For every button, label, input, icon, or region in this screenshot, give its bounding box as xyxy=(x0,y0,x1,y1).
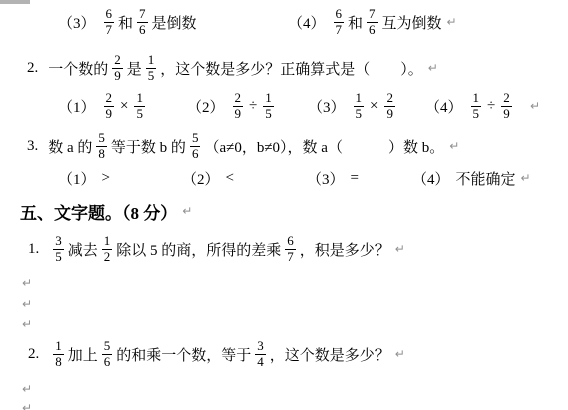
question-number: 2. xyxy=(28,346,39,363)
fraction-denominator: 9 xyxy=(384,106,395,122)
question-text: 是 xyxy=(127,58,142,79)
section-title: 五、文字题。（8 分） xyxy=(20,199,177,224)
paragraph-mark-icon: ↵ xyxy=(521,171,531,185)
option-label: （4） xyxy=(425,96,463,117)
q3-option-1: （1） > xyxy=(58,166,110,190)
question-3: 3. 数 a 的 5 8 等于数 b 的 5 6 （a≠0，b≠0），数 a（ … xyxy=(27,126,459,166)
fraction: 6 7 xyxy=(104,7,115,38)
question-text: 减去 xyxy=(68,239,98,260)
q2-options-row: （1） 2 9 × 1 5 （2） 2 9 ÷ 1 5 （3） xyxy=(0,86,568,126)
q2-option-3: （3） 1 5 × 2 9 xyxy=(308,86,399,126)
multiply-operator: × xyxy=(120,98,128,115)
paragraph-mark-icon: ↵ xyxy=(395,242,405,256)
question-number: 3. xyxy=(27,138,38,155)
fraction: 2 9 xyxy=(501,91,512,122)
option-label: （3） xyxy=(307,168,345,189)
fraction-numerator: 2 xyxy=(233,91,244,106)
paragraph-mark-icon: ↵ xyxy=(22,276,32,290)
fraction-numerator: 2 xyxy=(501,91,512,106)
fraction: 1 8 xyxy=(53,339,64,370)
fraction-denominator: 9 xyxy=(501,106,512,122)
fraction: 2 9 xyxy=(104,91,115,122)
fraction-denominator: 6 xyxy=(190,146,201,162)
option-value: 不能确定 xyxy=(456,168,516,189)
fraction-numerator: 3 xyxy=(53,234,64,249)
empty-paragraph: ↵ xyxy=(22,400,32,410)
question-text: 的和乘一个数，等于 xyxy=(116,344,251,365)
empty-paragraph: ↵ xyxy=(22,296,32,312)
paragraph-mark-icon: ↵ xyxy=(530,99,540,113)
question-text: 加上 xyxy=(68,344,98,365)
fraction: 1 5 xyxy=(146,53,157,84)
fraction-numerator: 5 xyxy=(96,131,107,146)
option-label: （1） xyxy=(58,168,96,189)
paragraph-mark-icon: ↵ xyxy=(428,61,438,75)
fraction-denominator: 5 xyxy=(146,68,157,84)
fraction-denominator: 5 xyxy=(134,106,145,122)
option-label: （3） xyxy=(308,96,346,117)
fraction-numerator: 1 xyxy=(471,91,482,106)
empty-paragraph: ↵ xyxy=(22,316,32,332)
question-text: ，这个数是多少？ xyxy=(270,344,390,365)
fraction-numerator: 1 xyxy=(102,234,113,249)
word-problem-2: 2. 1 8 加上 5 6 的和乘一个数，等于 3 4 ，这个数是多少？ ↵ xyxy=(28,333,405,375)
q2-option-1: （1） 2 9 × 1 5 xyxy=(58,86,149,126)
fraction-numerator: 1 xyxy=(354,91,365,106)
fraction-denominator: 5 xyxy=(263,106,274,122)
multiply-operator: × xyxy=(370,98,378,115)
option-label: （4） xyxy=(288,12,326,33)
fraction: 2 9 xyxy=(233,91,244,122)
fraction-denominator: 5 xyxy=(471,106,482,122)
paragraph-mark-icon: ↵ xyxy=(22,401,32,410)
option-value: < xyxy=(226,170,234,187)
fraction: 3 4 xyxy=(255,339,266,370)
fraction-numerator: 2 xyxy=(384,91,395,106)
question-2: 2. 一个数的 2 9 是 1 5 ，这个数是多少？正确算式是（ ）。 ↵ xyxy=(27,48,438,88)
option-label: （3） xyxy=(58,12,96,33)
fraction-denominator: 9 xyxy=(112,68,123,84)
fraction: 6 7 xyxy=(285,234,296,265)
fraction-denominator: 7 xyxy=(285,249,296,265)
option-value: > xyxy=(102,170,110,187)
judge-option-3: （3） 6 7 和 7 6 是倒数 xyxy=(58,2,197,42)
q2-option-4: （4） 1 5 ÷ 2 9 xyxy=(425,86,516,126)
fraction-numerator: 5 xyxy=(190,131,201,146)
fraction-denominator: 2 xyxy=(102,249,113,265)
fraction-denominator: 7 xyxy=(104,22,115,38)
q3-option-2: （2） < xyxy=(182,166,234,190)
empty-paragraph: ↵ xyxy=(22,381,32,397)
question-text: 除以 5 的商，所得的差乘 xyxy=(116,239,281,260)
fraction-denominator: 6 xyxy=(137,22,148,38)
fraction-denominator: 8 xyxy=(96,146,107,162)
fraction-denominator: 4 xyxy=(255,354,266,370)
fraction: 3 5 xyxy=(53,234,64,265)
fraction-denominator: 5 xyxy=(354,106,365,122)
fraction-numerator: 6 xyxy=(104,7,115,22)
fraction-denominator: 9 xyxy=(104,106,115,122)
divide-operator: ÷ xyxy=(487,98,495,115)
judge-option-4: （4） 6 7 和 7 6 互为倒数 ↵ xyxy=(288,2,457,42)
paragraph-mark-icon: ↵ xyxy=(449,139,459,153)
question-text: （a≠0，b≠0），数 a（ ）数 b。 xyxy=(204,136,444,157)
fraction-numerator: 6 xyxy=(334,7,345,22)
paragraph-mark-icon: ↵ xyxy=(22,297,32,311)
option-label: （1） xyxy=(58,96,96,117)
question-text: 等于数 b 的 xyxy=(111,136,186,157)
question-text: ，这个数是多少？正确算式是（ ）。 xyxy=(160,58,423,79)
fraction: 7 6 xyxy=(137,7,148,38)
question-text: ，积是多少？ xyxy=(300,239,390,260)
paragraph-mark-icon: ↵ xyxy=(182,204,192,218)
q3-option-3: （3） = xyxy=(307,166,359,190)
fraction-numerator: 2 xyxy=(104,91,115,106)
fraction-denominator: 7 xyxy=(334,22,345,38)
fraction-denominator: 9 xyxy=(233,106,244,122)
fraction: 6 7 xyxy=(334,7,345,38)
fraction-numerator: 1 xyxy=(146,53,157,68)
empty-paragraph: ↵ xyxy=(22,275,32,291)
fraction-denominator: 8 xyxy=(53,354,64,370)
paragraph-mark-icon: ↵ xyxy=(447,15,457,29)
fraction-numerator: 5 xyxy=(102,339,113,354)
fraction: 1 2 xyxy=(102,234,113,265)
fraction: 1 5 xyxy=(354,91,365,122)
question-number: 2. xyxy=(27,60,38,77)
paragraph-mark-icon: ↵ xyxy=(395,347,405,361)
option-label: （4） xyxy=(412,168,450,189)
fraction-numerator: 6 xyxy=(285,234,296,249)
option-label: （2） xyxy=(182,168,220,189)
worksheet-page: （3） 6 7 和 7 6 是倒数 （4） 6 7 和 7 6 互为倒数 ↵ 2… xyxy=(0,0,568,410)
paragraph-mark-icon: ↵ xyxy=(22,317,32,331)
fraction: 5 8 xyxy=(96,131,107,162)
fraction: 5 6 xyxy=(102,339,113,370)
option-text: 是倒数 xyxy=(152,12,197,33)
fraction-numerator: 1 xyxy=(134,91,145,106)
fraction: 2 9 xyxy=(112,53,123,84)
fraction-denominator: 6 xyxy=(367,22,378,38)
conjunction-text: 和 xyxy=(118,12,133,33)
paragraph-mark-icon: ↵ xyxy=(22,382,32,396)
fraction-numerator: 1 xyxy=(53,339,64,354)
q3-option-4: （4） 不能确定 ↵ xyxy=(412,166,531,190)
fraction: 1 5 xyxy=(263,91,274,122)
section-5-header: 五、文字题。（8 分） ↵ xyxy=(20,198,192,224)
q2-option-2: （2） 2 9 ÷ 1 5 xyxy=(187,86,278,126)
conjunction-text: 和 xyxy=(348,12,363,33)
fraction: 1 5 xyxy=(471,91,482,122)
fraction: 2 9 xyxy=(384,91,395,122)
fraction-numerator: 1 xyxy=(263,91,274,106)
fraction: 7 6 xyxy=(367,7,378,38)
fraction: 1 5 xyxy=(134,91,145,122)
option-text: 互为倒数 xyxy=(382,12,442,33)
option-label: （2） xyxy=(187,96,225,117)
fraction-numerator: 7 xyxy=(367,7,378,22)
divide-operator: ÷ xyxy=(249,98,257,115)
option-value: = xyxy=(351,170,359,187)
fraction-numerator: 2 xyxy=(112,53,123,68)
fraction-denominator: 6 xyxy=(102,354,113,370)
question-number: 1. xyxy=(28,241,39,258)
question-text: 数 a 的 xyxy=(48,136,92,157)
question-text: 一个数的 xyxy=(48,58,108,79)
fraction-numerator: 7 xyxy=(137,7,148,22)
fraction-numerator: 3 xyxy=(255,339,266,354)
fraction: 5 6 xyxy=(190,131,201,162)
word-problem-1: 1. 3 5 减去 1 2 除以 5 的商，所得的差乘 6 7 ，积是多少？ ↵ xyxy=(28,228,405,270)
fraction-denominator: 5 xyxy=(53,249,64,265)
top-left-artifact-bar xyxy=(0,0,30,4)
q3-options-row: （1） > （2） < （3） = （4） 不能确定 ↵ xyxy=(0,166,568,190)
